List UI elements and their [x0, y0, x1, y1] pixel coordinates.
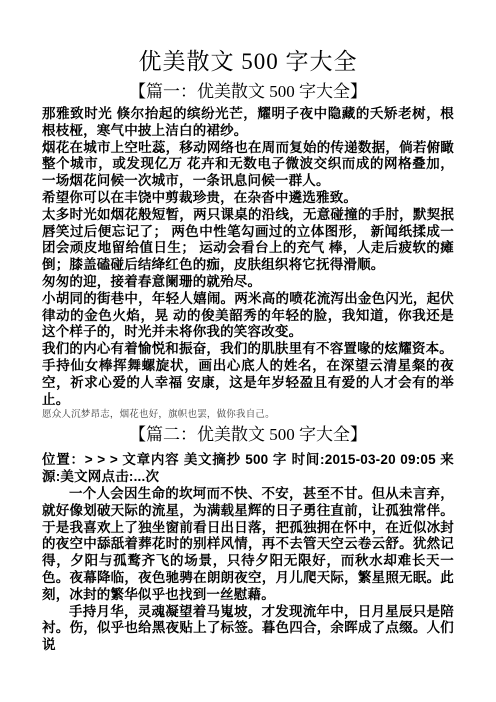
section-one: 【篇一：优美散文 500 字大全】 那雅致时光 倏尔抬起的缤纷光芒，耀明子夜中隐… — [42, 80, 454, 421]
document-title: 优美散文 500 字大全 — [42, 46, 454, 78]
section-two: 【篇二：优美散文 500 字大全】 位置：> > > 文章内容 美文摘抄 500… — [42, 423, 454, 654]
paragraph: 一个人会因生命的坎坷而不快、不安，甚至不甘。但从未言弃，就好像划破天际的流星，为… — [42, 486, 454, 604]
paragraph: 烟花在城市上空吐蕊，移动网络也在周而复始的传递数据，倘若俯瞰整个城市，或发现亿万… — [42, 140, 454, 190]
paragraph: 我们的内心有着愉悦和振奋，我们的肌肤里有不容置喙的炫耀资本。 — [42, 341, 454, 358]
paragraph: 小胡同的街巷中，年轻人嬉闹。两米高的喷花流泻出金色闪光，起伏律动的金色火焰，晃 … — [42, 291, 454, 341]
paragraph: 那雅致时光 倏尔抬起的缤纷光芒，耀明子夜中隐藏的夭矫老树，根根枝桠，寒气中披上洁… — [42, 106, 454, 140]
document-page: 优美散文 500 字大全 【篇一：优美散文 500 字大全】 那雅致时光 倏尔抬… — [0, 0, 496, 702]
section-two-header: 【篇二：优美散文 500 字大全】 — [42, 423, 454, 446]
section-one-header: 【篇一：优美散文 500 字大全】 — [42, 80, 454, 103]
paragraph: 手持月华，灵魂凝望着马嵬坡，才发现流年中，日月星辰只是陪衬。伤，似乎也给黑夜贴上… — [42, 604, 454, 654]
paragraph: 太多时光如烟花般短暂，两只课桌的沿线，无意碰撞的手肘，默契抿唇笑过后便忘记了； … — [42, 207, 454, 274]
paragraph: 手持仙女棒挥舞螺旋状，画出心底人的姓名，在深望云清星粲的夜空，祈求心爱的人幸福 … — [42, 358, 454, 408]
paragraph: 匆匆的迎，接着春意阑珊的就殆尽。 — [42, 274, 454, 291]
source-meta-line: 位置：> > > 文章内容 美文摘抄 500 字 时间:2015-03-20 0… — [42, 452, 454, 486]
paragraph: 希望你可以在丰饶中剪裁珍贵，在杂沓中遴选雅致。 — [42, 190, 454, 207]
footnote-line: 愿众人沉梦昂志，烟花也好，旗帜也罢，做你我自己。 — [42, 409, 454, 421]
